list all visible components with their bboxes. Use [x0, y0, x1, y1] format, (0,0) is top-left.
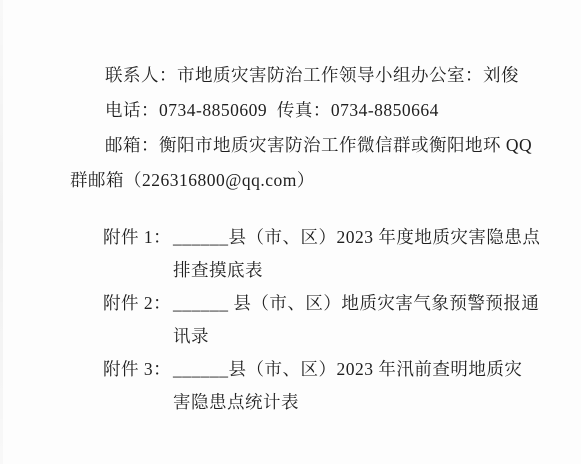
attachment-item-3: 附件 3： ______县（市、区）2023 年汛前查明地质灾害隐患点统计表: [103, 353, 543, 419]
attachment-1-line2: 排查摸底表: [173, 260, 263, 280]
scan-edge-artifact: [0, 0, 3, 464]
attachment-2-line1: ______ 县（市、区）地质灾害气象预警预报通: [173, 293, 539, 313]
attachment-1-title: ______县（市、区）2023 年度地质灾害隐患点排查摸底表: [173, 221, 543, 287]
attachment-3-label: 附件 3：: [103, 353, 173, 386]
attachment-item-2: 附件 2： ______ 县（市、区）地质灾害气象预警预报通讯录: [103, 287, 543, 353]
email-lines: 邮箱：衡阳市地质灾害防治工作微信群或衡阳地环 QQ群邮箱（226316800@q…: [70, 128, 543, 198]
attachment-2-line2: 讯录: [173, 326, 209, 346]
attachment-3-line1: ______县（市、区）2023 年汛前查明地质灾: [173, 359, 522, 379]
attachment-1-line1: ______县（市、区）2023 年度地质灾害隐患点: [173, 227, 540, 247]
phone-fax-line: 电话：0734-8850609 传真：0734-8850664: [70, 93, 543, 128]
contact-person-line: 联系人：市地质灾害防治工作领导小组办公室：刘俊: [70, 58, 543, 93]
document-page: 联系人：市地质灾害防治工作领导小组办公室：刘俊 电话：0734-8850609 …: [0, 0, 581, 464]
attachment-item-1: 附件 1： ______县（市、区）2023 年度地质灾害隐患点排查摸底表: [103, 221, 543, 287]
attachment-1-label: 附件 1：: [103, 221, 173, 254]
attachment-3-line2: 害隐患点统计表: [173, 392, 299, 412]
email-line-second: 群邮箱（226316800@qq.com）: [70, 170, 315, 190]
email-line-first: 邮箱：衡阳市地质灾害防治工作微信群或衡阳地环 QQ: [105, 135, 532, 155]
attachment-2-title: ______ 县（市、区）地质灾害气象预警预报通讯录: [173, 287, 543, 353]
attachment-list: 附件 1： ______县（市、区）2023 年度地质灾害隐患点排查摸底表 附件…: [103, 221, 543, 419]
attachment-2-label: 附件 2：: [103, 287, 173, 320]
attachment-3-title: ______县（市、区）2023 年汛前查明地质灾害隐患点统计表: [173, 353, 543, 419]
